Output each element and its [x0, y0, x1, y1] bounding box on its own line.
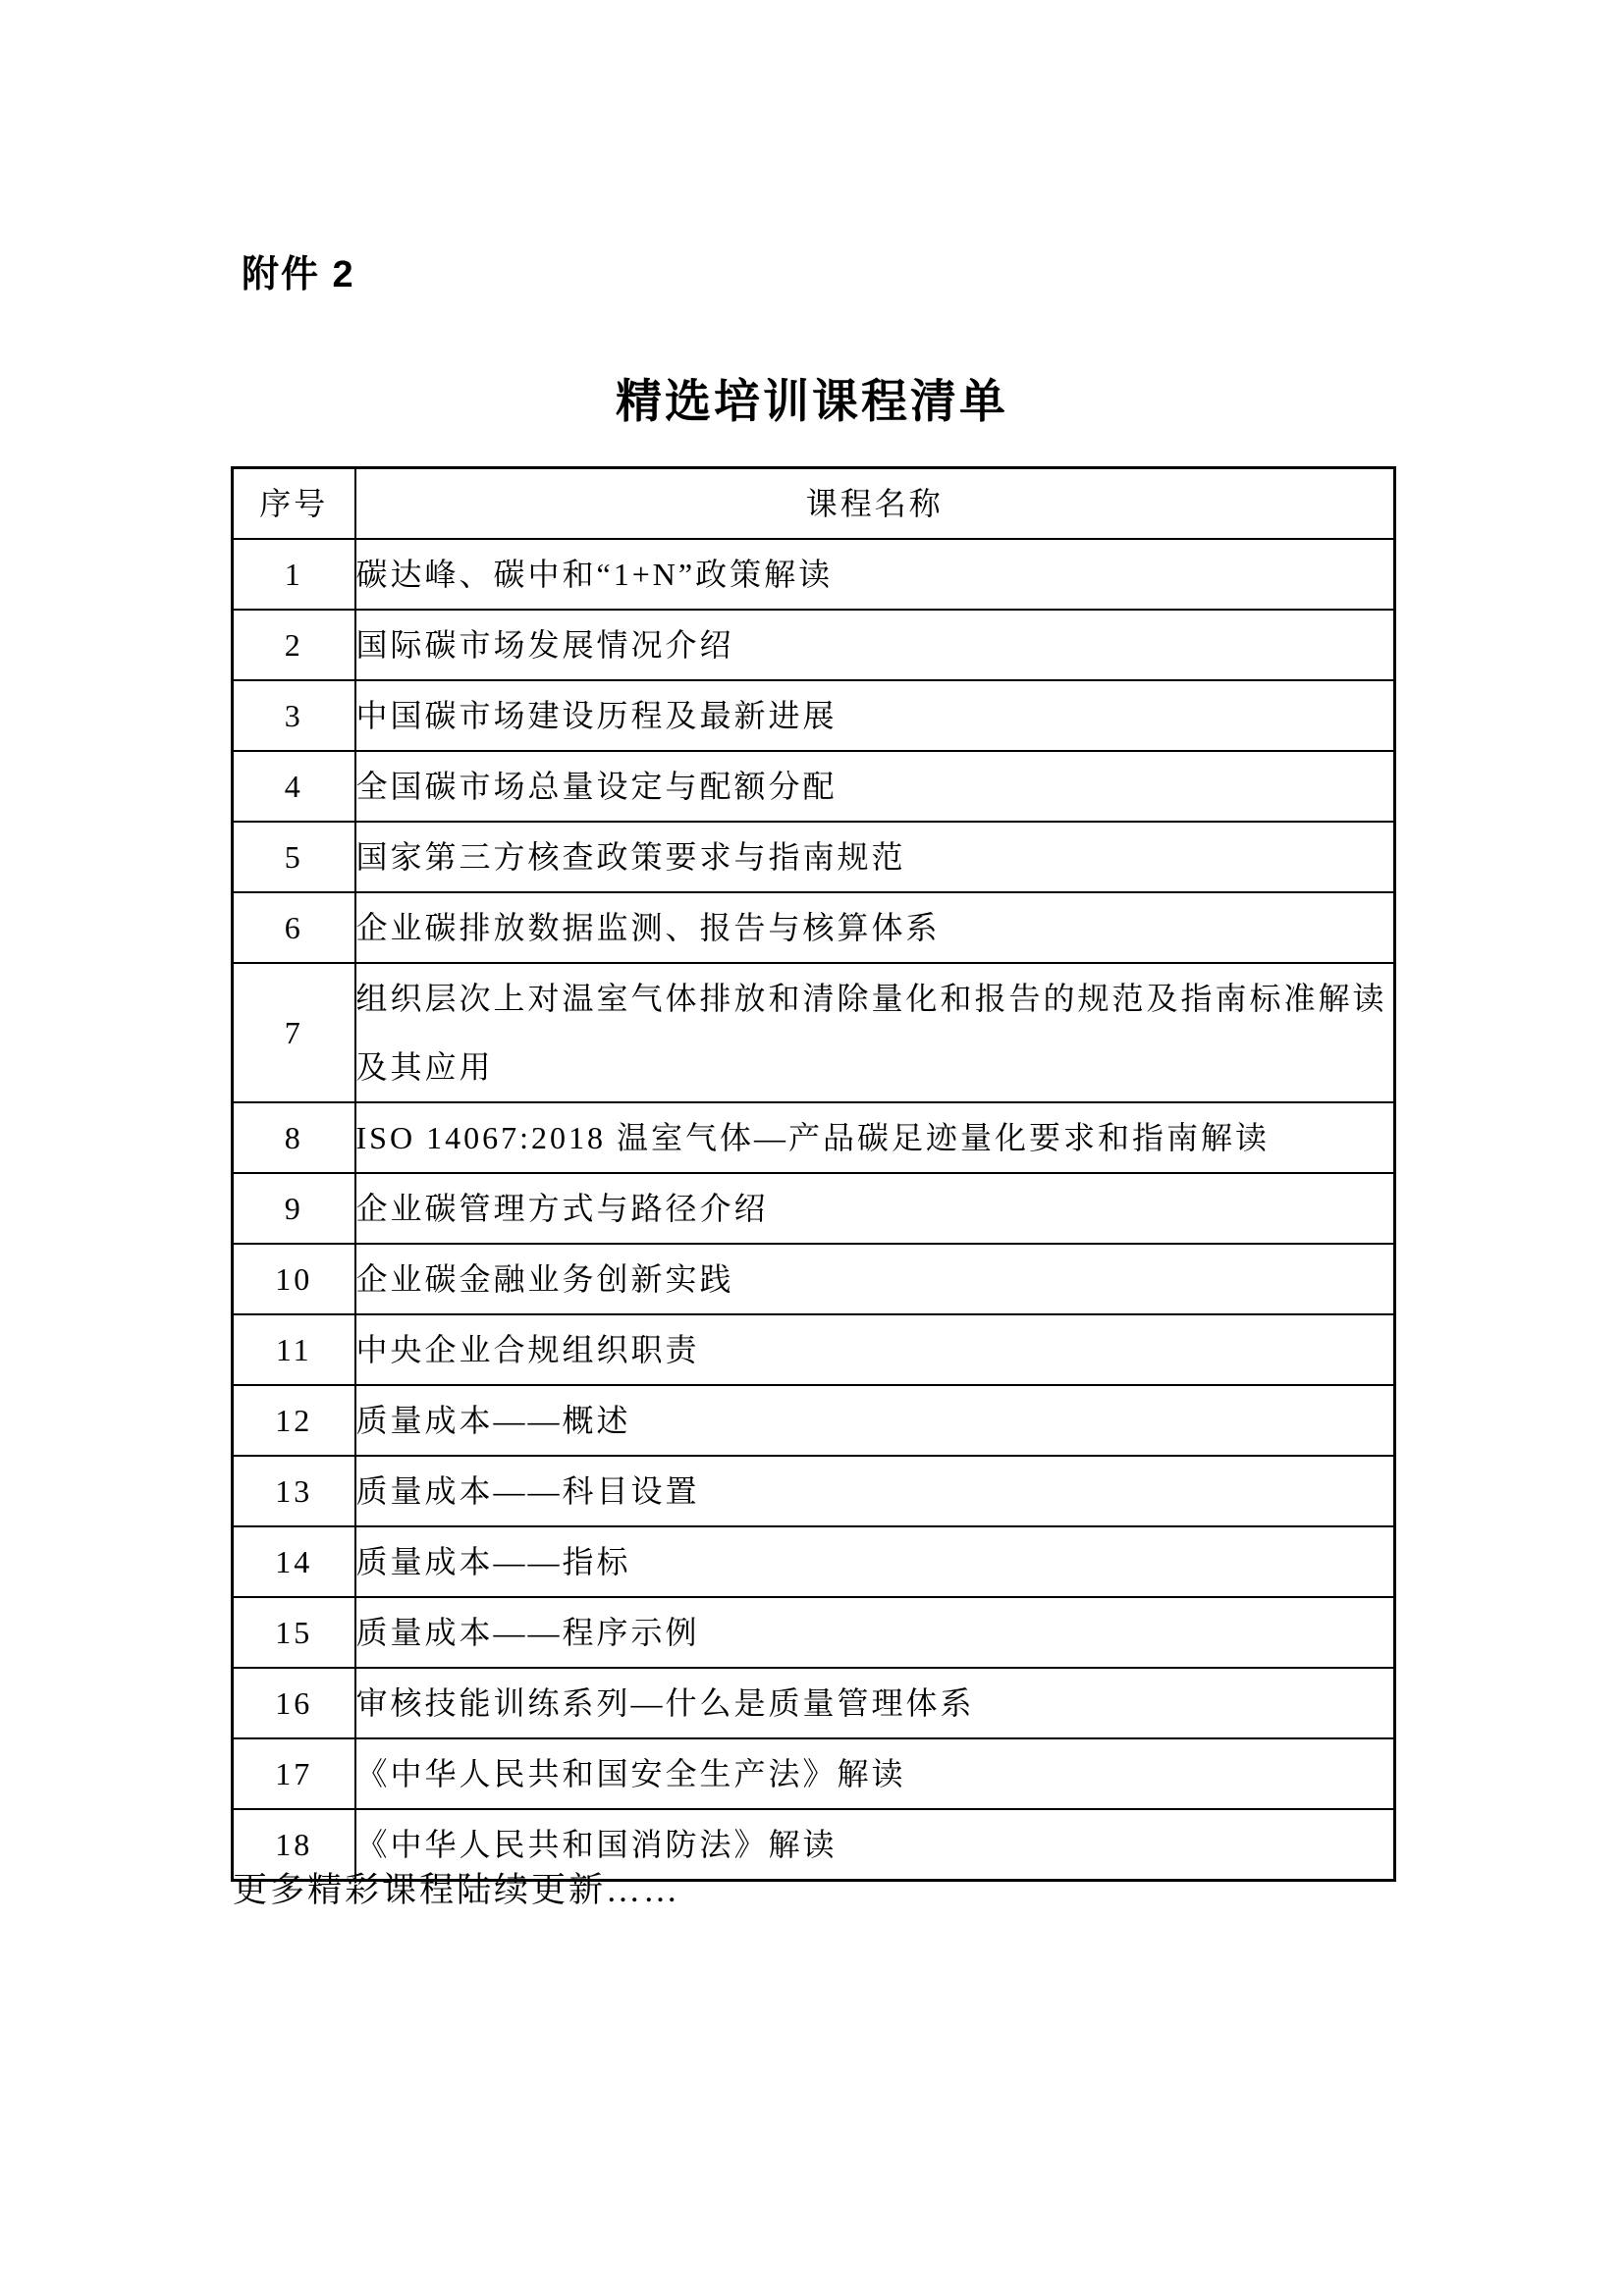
course-name: 全国碳市场总量设定与配额分配: [355, 751, 1395, 822]
row-index: 2: [233, 610, 355, 680]
footer-note: 更多精彩课程陆续更新……: [233, 1863, 680, 1912]
row-index: 11: [233, 1314, 355, 1385]
course-name: 《中华人民共和国安全生产法》解读: [355, 1738, 1395, 1809]
row-index: 14: [233, 1526, 355, 1597]
course-name: 碳达峰、碳中和“1+N”政策解读: [355, 539, 1395, 610]
table-row: 2 国际碳市场发展情况介绍: [233, 610, 1395, 680]
row-index: 16: [233, 1668, 355, 1738]
row-index: 5: [233, 822, 355, 892]
course-name: 质量成本——指标: [355, 1526, 1395, 1597]
column-header-index: 序号: [233, 468, 355, 540]
row-index: 3: [233, 680, 355, 751]
course-name: 国家第三方核查政策要求与指南规范: [355, 822, 1395, 892]
row-index: 17: [233, 1738, 355, 1809]
table-row: 10 企业碳金融业务创新实践: [233, 1244, 1395, 1314]
table-row: 6 企业碳排放数据监测、报告与核算体系: [233, 892, 1395, 963]
row-index: 13: [233, 1456, 355, 1526]
table-row: 8 ISO 14067:2018 温室气体—产品碳足迹量化要求和指南解读: [233, 1102, 1395, 1173]
table-row: 13 质量成本——科目设置: [233, 1456, 1395, 1526]
table-row: 3 中国碳市场建设历程及最新进展: [233, 680, 1395, 751]
course-name: 组织层次上对温室气体排放和清除量化和报告的规范及指南标准解读 及其应用: [355, 963, 1395, 1102]
course-name: 中国碳市场建设历程及最新进展: [355, 680, 1395, 751]
course-name: 企业碳金融业务创新实践: [355, 1244, 1395, 1314]
table-header-row: 序号 课程名称: [233, 468, 1395, 540]
table-row: 11 中央企业合规组织职责: [233, 1314, 1395, 1385]
row-index: 6: [233, 892, 355, 963]
course-name: 企业碳管理方式与路径介绍: [355, 1173, 1395, 1244]
column-header-course: 课程名称: [355, 468, 1395, 540]
table-row: 9 企业碳管理方式与路径介绍: [233, 1173, 1395, 1244]
page-title: 精选培训课程清单: [0, 365, 1624, 431]
table-row: 4 全国碳市场总量设定与配额分配: [233, 751, 1395, 822]
row-index: 15: [233, 1597, 355, 1668]
row-index: 12: [233, 1385, 355, 1456]
table-row: 14 质量成本——指标: [233, 1526, 1395, 1597]
row-index: 4: [233, 751, 355, 822]
table-row: 17 《中华人民共和国安全生产法》解读: [233, 1738, 1395, 1809]
course-name: 国际碳市场发展情况介绍: [355, 610, 1395, 680]
attachment-label: 附件 2: [242, 243, 355, 297]
course-name: ISO 14067:2018 温室气体—产品碳足迹量化要求和指南解读: [355, 1102, 1395, 1173]
document-page: 附件 2 精选培训课程清单 序号 课程名称 1 碳达峰、碳中和“1+N”政策解读…: [0, 0, 1624, 2296]
row-index: 9: [233, 1173, 355, 1244]
table-row: 16 审核技能训练系列—什么是质量管理体系: [233, 1668, 1395, 1738]
course-name: 中央企业合规组织职责: [355, 1314, 1395, 1385]
table-row: 7 组织层次上对温室气体排放和清除量化和报告的规范及指南标准解读 及其应用: [233, 963, 1395, 1102]
course-name: 质量成本——程序示例: [355, 1597, 1395, 1668]
course-table: 序号 课程名称 1 碳达峰、碳中和“1+N”政策解读 2 国际碳市场发展情况介绍…: [231, 466, 1396, 1882]
course-name: 企业碳排放数据监测、报告与核算体系: [355, 892, 1395, 963]
table-row: 5 国家第三方核查政策要求与指南规范: [233, 822, 1395, 892]
row-index: 8: [233, 1102, 355, 1173]
row-index: 7: [233, 963, 355, 1102]
course-name: 质量成本——科目设置: [355, 1456, 1395, 1526]
table-row: 1 碳达峰、碳中和“1+N”政策解读: [233, 539, 1395, 610]
row-index: 10: [233, 1244, 355, 1314]
course-name: 质量成本——概述: [355, 1385, 1395, 1456]
table-row: 15 质量成本——程序示例: [233, 1597, 1395, 1668]
course-name: 审核技能训练系列—什么是质量管理体系: [355, 1668, 1395, 1738]
table-row: 12 质量成本——概述: [233, 1385, 1395, 1456]
row-index: 1: [233, 539, 355, 610]
